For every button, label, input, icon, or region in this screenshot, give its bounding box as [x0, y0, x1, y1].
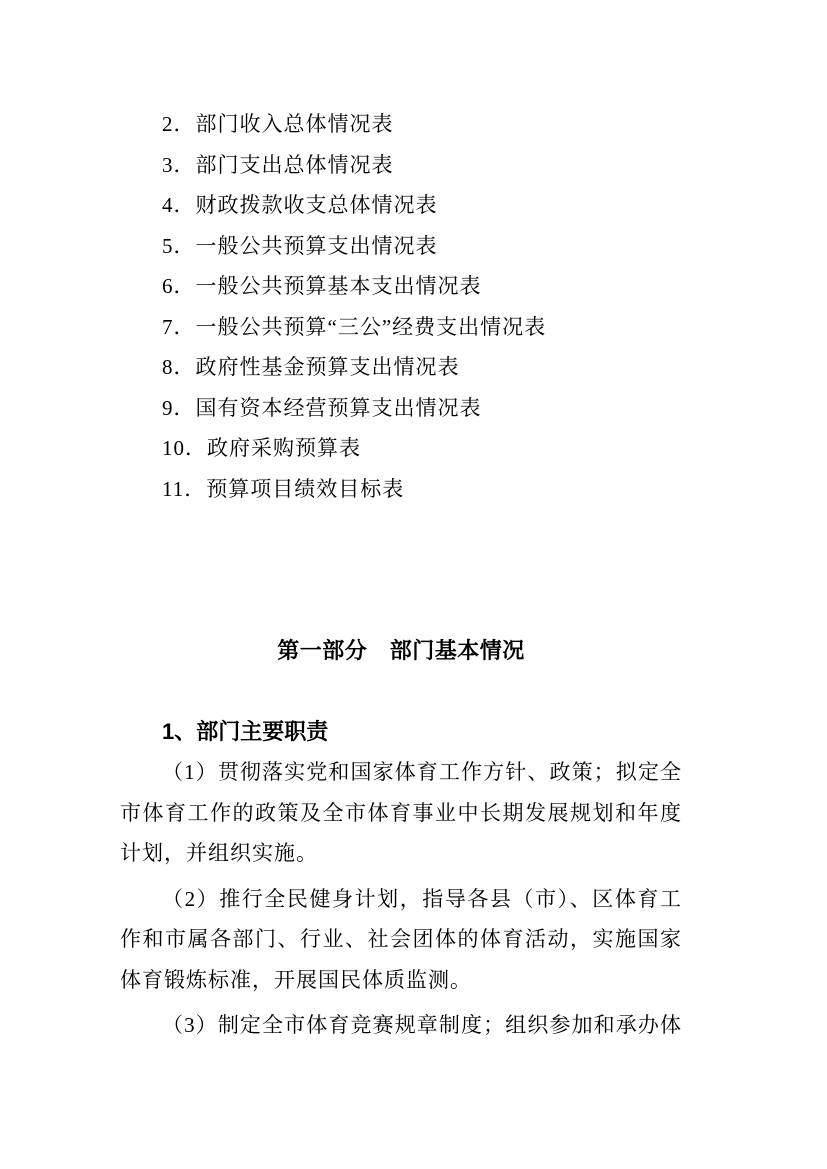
paragraph-duty-3: （3）制定全市体育竞赛规章制度；组织参加和承办体	[120, 1005, 682, 1046]
toc-item: 5．一般公共预算支出情况表	[120, 226, 682, 267]
toc-item: 7．一般公共预算“三公”经费支出情况表	[120, 307, 682, 348]
document-content: 2．部门收入总体情况表 3．部门支出总体情况表 4．财政拨款收支总体情况表 5．…	[0, 0, 827, 1046]
section-title: 第一部分 部门基本情况	[120, 631, 682, 672]
toc-item: 11．预算项目绩效目标表	[120, 469, 682, 510]
toc-item: 2．部门收入总体情况表	[120, 104, 682, 145]
toc-item: 8．政府性基金预算支出情况表	[120, 347, 682, 388]
paragraph-duty-2: （2）推行全民健身计划，指导各县（市）、区体育工作和市属各部门、行业、社会团体的…	[120, 879, 682, 1001]
subsection-title: 1、部门主要职责	[120, 712, 682, 753]
toc-item: 10．政府采购预算表	[120, 428, 682, 469]
paragraph-duty-1: （1）贯彻落实党和国家体育工作方针、政策；拟定全市体育工作的政策及全市体育事业中…	[120, 752, 682, 874]
toc-item: 6．一般公共预算基本支出情况表	[120, 266, 682, 307]
toc-item: 4．财政拨款收支总体情况表	[120, 185, 682, 226]
toc-item: 9．国有资本经营预算支出情况表	[120, 388, 682, 429]
toc-item: 3．部门支出总体情况表	[120, 145, 682, 186]
document-page: 2．部门收入总体情况表 3．部门支出总体情况表 4．财政拨款收支总体情况表 5．…	[0, 0, 827, 1169]
